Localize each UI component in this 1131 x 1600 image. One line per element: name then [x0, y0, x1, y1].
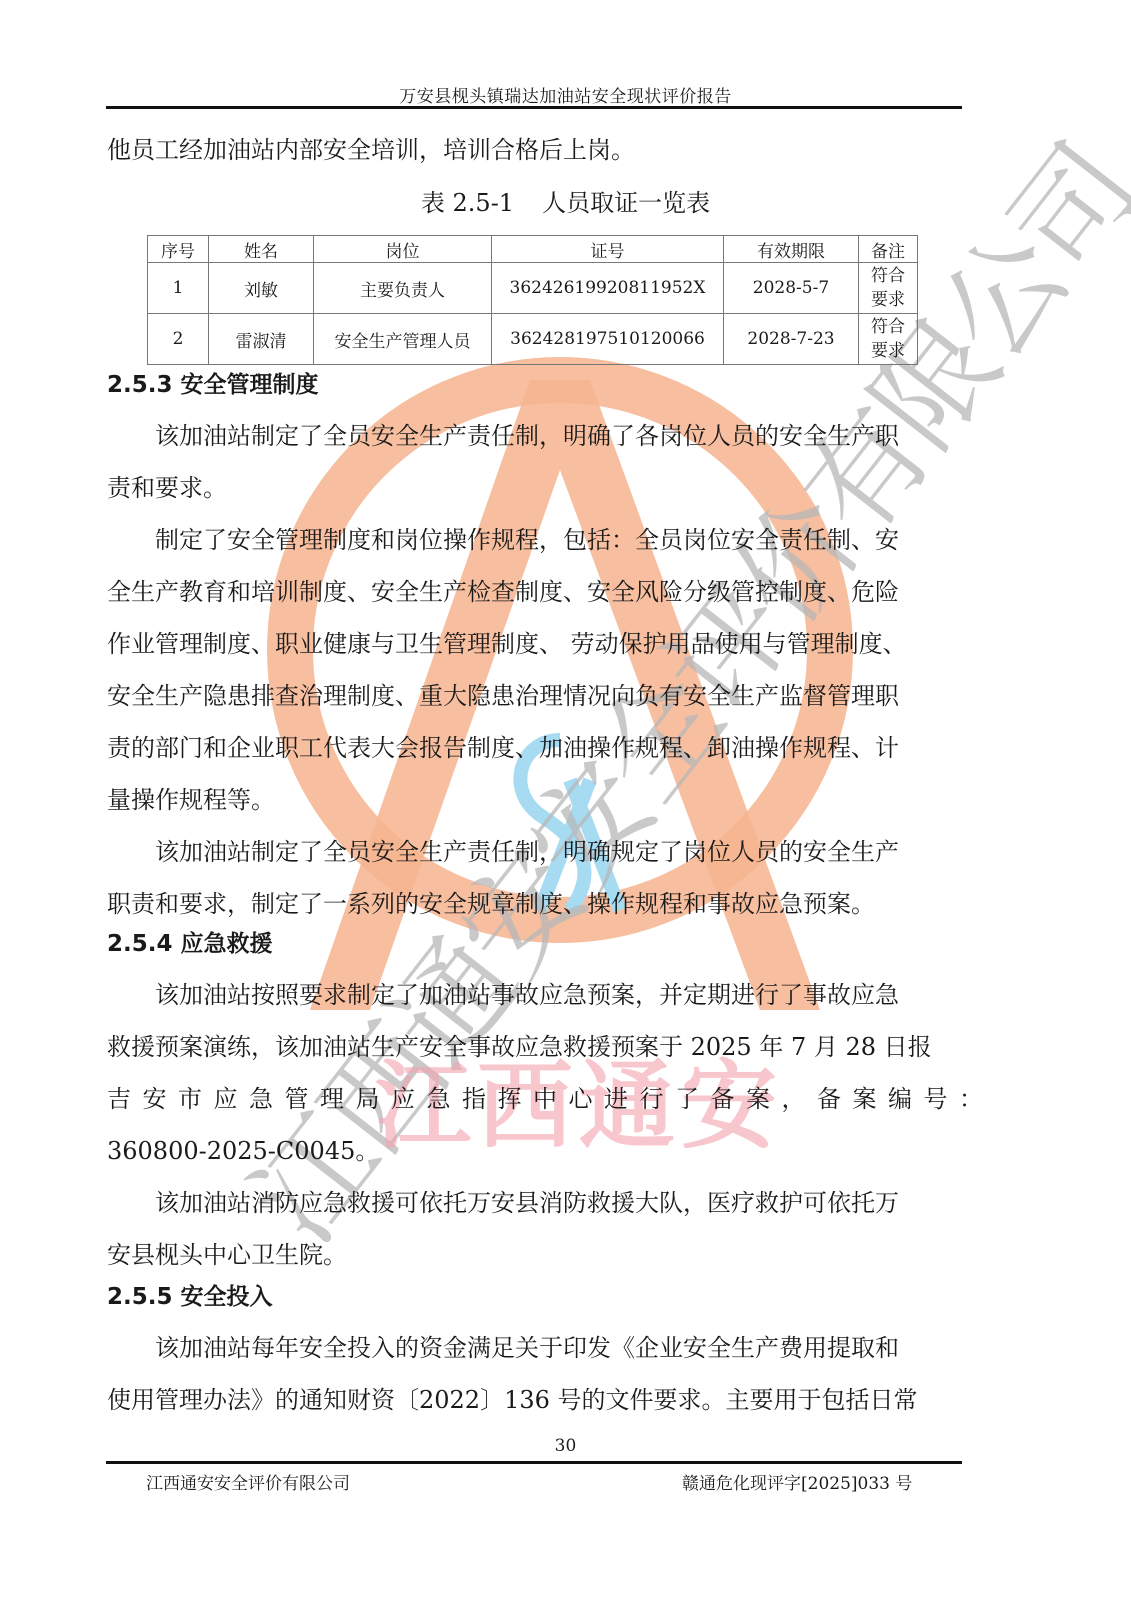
- column-header-cert: 证号: [492, 236, 724, 263]
- table-header-row: 序号 姓名 岗位 证号 有效期限 备注: [148, 236, 918, 263]
- paragraph-line: 安全生产隐患排查治理制度、重大隐患治理情况向负有安全生产监督管理职: [107, 670, 960, 722]
- section-heading-2-5-4: 2.5.4 应急救援: [107, 925, 273, 958]
- cell-cert: 36242619920811952X: [492, 263, 724, 314]
- certification-table: 序号 姓名 岗位 证号 有效期限 备注 1 刘敏 主要负责人 362426199…: [147, 235, 918, 365]
- cell-post: 主要负责人: [314, 263, 492, 314]
- paragraph-line: 该加油站制定了全员安全生产责任制，明确规定了岗位人员的安全生产: [107, 826, 960, 878]
- paragraph-line: 该加油站制定了全员安全生产责任制，明确了各岗位人员的安全生产职: [107, 410, 960, 462]
- cell-post: 安全生产管理人员: [314, 314, 492, 365]
- remark-line: 符合: [859, 264, 917, 288]
- footer-divider: [106, 1461, 962, 1464]
- table-caption-title: 人员取证一览表: [542, 189, 710, 217]
- paragraph-line: 制定了安全管理制度和岗位操作规程，包括：全员岗位安全责任制、安: [107, 514, 960, 566]
- paragraph-line: 360800-2025-C0045。: [107, 1125, 960, 1177]
- cell-no: 1: [148, 263, 209, 314]
- cell-cert: 362428197510120066: [492, 314, 724, 365]
- running-header-title: 万安县枧头镇瑞达加油站安全现状评价报告: [0, 82, 1131, 107]
- paragraph-line: 该加油站每年安全投入的资金满足关于印发《企业安全生产费用提取和: [107, 1322, 960, 1374]
- table-caption-number: 表 2.5-1: [421, 189, 514, 217]
- column-header-remark: 备注: [859, 236, 918, 263]
- footer-company: 江西通安安全评价有限公司: [146, 1469, 350, 1494]
- header-divider: [106, 106, 962, 109]
- intro-paragraph-tail: 他员工经加油站内部安全培训，培训合格后上岗。: [107, 124, 960, 176]
- remark-line: 要求: [859, 339, 917, 363]
- paragraph-line: 吉安市应急管理局应急指挥中心进行了备案，备案编号：: [107, 1073, 960, 1125]
- paragraph-line: 安县枧头中心卫生院。: [107, 1229, 960, 1281]
- cell-name: 雷淑清: [209, 314, 314, 365]
- column-header-valid: 有效期限: [724, 236, 859, 263]
- column-header-no: 序号: [148, 236, 209, 263]
- column-header-name: 姓名: [209, 236, 314, 263]
- cell-remark: 符合要求: [859, 314, 918, 365]
- cell-name: 刘敏: [209, 263, 314, 314]
- paragraph-line: 责的部门和企业职工代表大会报告制度、加油操作规程、卸油操作规程、计: [107, 722, 960, 774]
- remark-line: 符合: [859, 315, 917, 339]
- section-heading-2-5-3: 2.5.3 安全管理制度: [107, 366, 319, 399]
- paragraph-line: 量操作规程等。: [107, 774, 960, 826]
- paragraph-line: 该加油站消防应急救援可依托万安县消防救援大队，医疗救护可依托万: [107, 1177, 960, 1229]
- cell-valid: 2028-5-7: [724, 263, 859, 314]
- table-row: 1 刘敏 主要负责人 36242619920811952X 2028-5-7 符…: [148, 263, 918, 314]
- cell-no: 2: [148, 314, 209, 365]
- table-caption: 表 2.5-1人员取证一览表: [0, 183, 1131, 218]
- cell-remark: 符合要求: [859, 263, 918, 314]
- column-header-post: 岗位: [314, 236, 492, 263]
- section-heading-2-5-5: 2.5.5 安全投入: [107, 1278, 273, 1311]
- paragraph-line: 作业管理制度、职业健康与卫生管理制度、 劳动保护用品使用与管理制度、: [107, 618, 960, 670]
- page-number: 30: [0, 1436, 1131, 1456]
- remark-line: 要求: [859, 288, 917, 312]
- paragraph-line: 责和要求。: [107, 462, 960, 514]
- paragraph-line: 职责和要求，制定了一系列的安全规章制度、操作规程和事故应急预案。: [107, 878, 960, 930]
- paragraph-line: 使用管理办法》的通知财资〔2022〕136 号的文件要求。主要用于包括日常: [107, 1374, 960, 1426]
- table-row: 2 雷淑清 安全生产管理人员 362428197510120066 2028-7…: [148, 314, 918, 365]
- paragraph-line: 该加油站按照要求制定了加油站事故应急预案，并定期进行了事故应急: [107, 969, 960, 1021]
- paragraph-line: 救援预案演练，该加油站生产安全事故应急救援预案于 2025 年 7 月 28 日…: [107, 1021, 960, 1073]
- cell-valid: 2028-7-23: [724, 314, 859, 365]
- footer-doc-number: 赣通危化现评字[2025]033 号: [682, 1469, 912, 1494]
- paragraph-line: 全生产教育和培训制度、安全生产检查制度、安全风险分级管控制度、危险: [107, 566, 960, 618]
